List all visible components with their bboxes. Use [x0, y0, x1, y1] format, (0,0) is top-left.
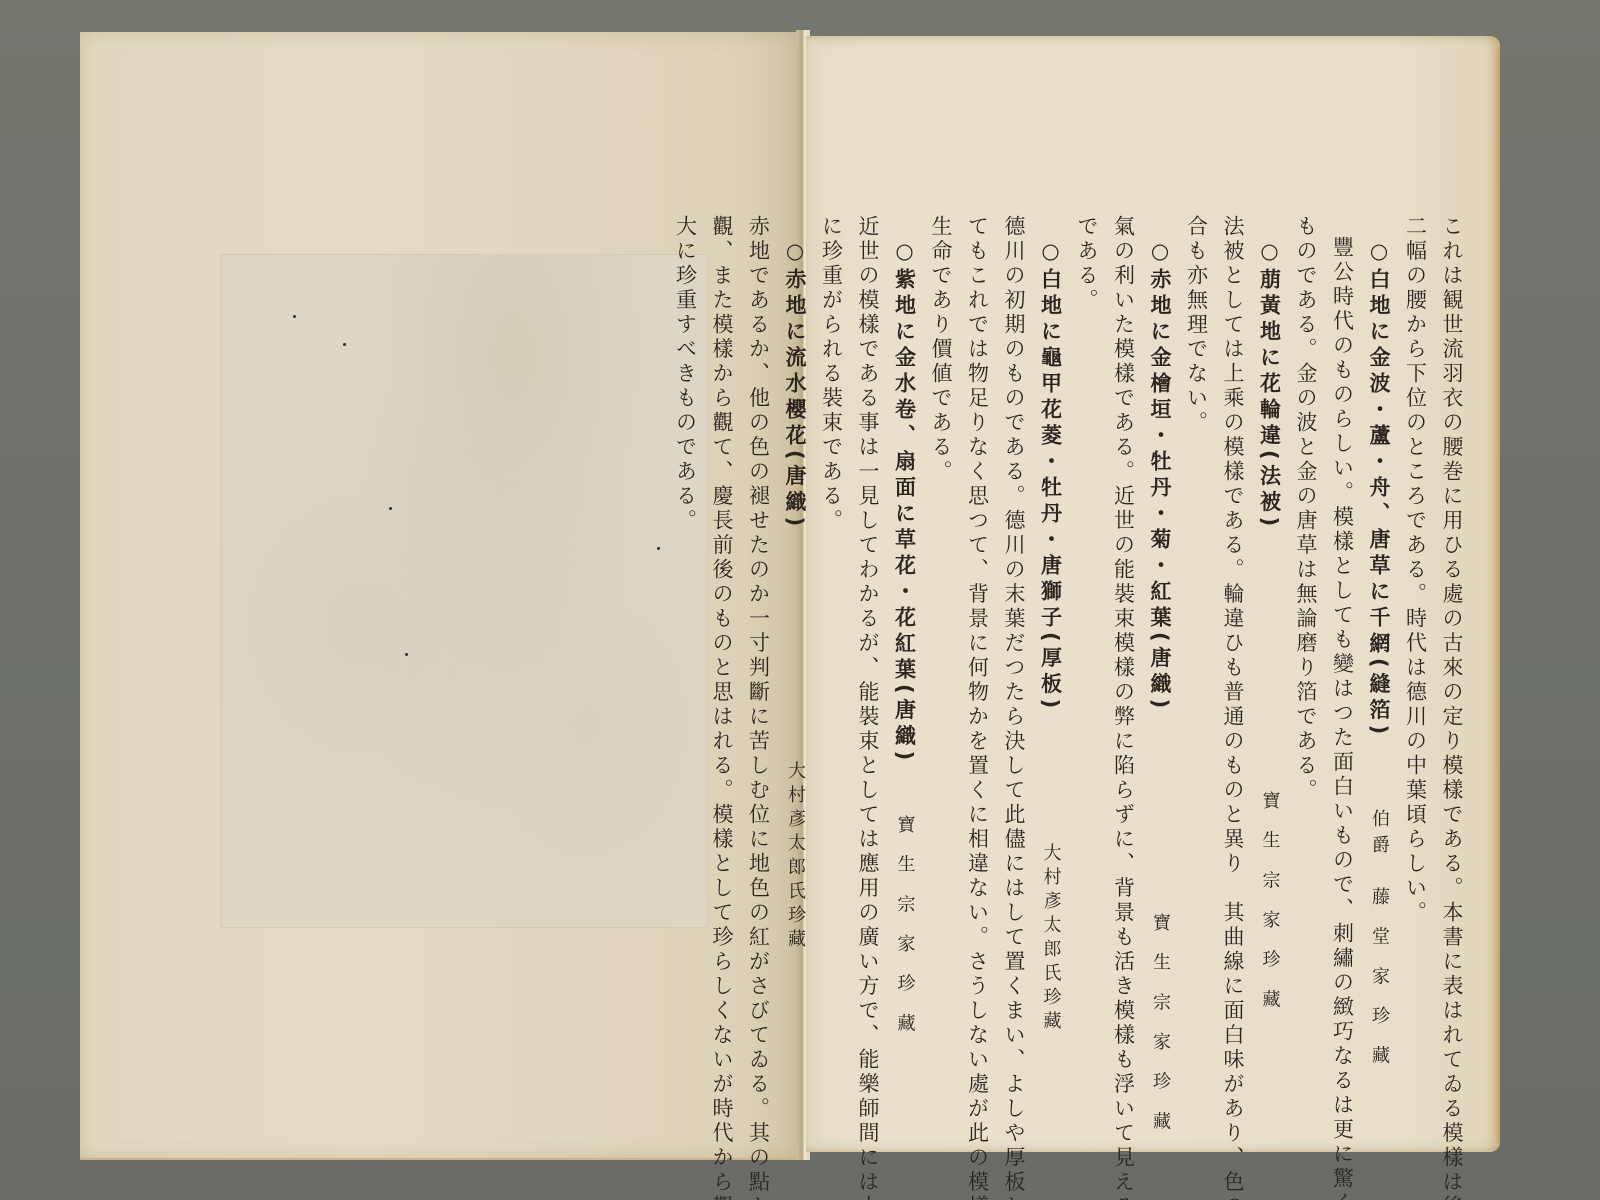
text-column: 氣の利いた模樣である。近世の能裝束模樣の弊に陷らずに、背景も活き模樣も浮いて見え… — [1105, 215, 1142, 1005]
section-heading: ○萠黃地に花輪違(法被)寶 生 宗 家 珍 藏 — [1251, 215, 1288, 1005]
page-edge — [1494, 46, 1500, 1146]
text-column: 大に珍重すべきものである。 — [667, 215, 704, 1005]
text-column: てもこれでは物足りなく思つて、背景に何物かを置くに相違ない。さうしない處が此の模… — [959, 215, 996, 1005]
text-column: 生命であり價値である。 — [923, 215, 960, 1005]
text-column: 德川の初期のものである。德川の末葉だつたら決して此儘にはして置くまい、よしや厚板… — [996, 215, 1033, 1005]
collection-attribution: 寶 生 宗 家 珍 藏 — [1142, 713, 1179, 1138]
section-heading: ○白地に金波・蘆・舟、唐草に千網(縫箔)伯爵 藤 堂 家 珍 藏 — [1361, 215, 1398, 1005]
text-column: 觀、また模樣から觀て、慶長前後のものと思はれる。模樣として珍らしくないが時代から… — [704, 215, 741, 1005]
collection-attribution: 大村彥太郎氏珍藏 — [1032, 713, 1069, 1035]
collection-attribution: 寶 生 宗 家 珍 藏 — [886, 765, 923, 1040]
textile-plate-image — [220, 254, 708, 928]
collection-attribution: 伯爵 藤 堂 家 珍 藏 — [1361, 739, 1398, 1072]
text-column: である。 — [1069, 215, 1106, 1005]
text-column: 合も亦無理でない。 — [1178, 215, 1215, 1005]
vertical-text-body: これは観世流羽衣の腰巻に用ひる處の古來の定り模樣である。本書に表はれてゐる模樣は… — [667, 215, 1470, 1005]
collection-attribution: 大村彥太郎氏珍藏 — [777, 531, 814, 953]
text-column: これは観世流羽衣の腰巻に用ひる處の古來の定り模樣である。本書に表はれてゐる模樣は… — [1434, 215, 1471, 1005]
section-heading: ○白地に龜甲花菱・牡丹・唐獅子(厚板)大村彥太郎氏珍藏 — [1032, 215, 1069, 1005]
text-column: 二幅の腰から下位のところである。時代は德川の中葉頃らしい。 — [1397, 215, 1434, 1005]
section-heading: ○赤地に金檜垣・牡丹・菊・紅葉(唐織)寶 生 宗 家 珍 藏 — [1142, 215, 1179, 1005]
collection-attribution: 寶 生 宗 家 珍 藏 — [1251, 531, 1288, 1016]
text-column: 法被としては上乘の模樣である。輪違ひも普通のものと異り 其曲線に面白味があり、色… — [1215, 215, 1252, 1005]
plate-caption-english — [230, 942, 490, 982]
text-column: ものである。金の波と金の唐草は無論磨り箔である。 — [1288, 215, 1325, 1005]
section-heading: ○赤地に流水櫻花(唐織)大村彥太郎氏珍藏 — [777, 215, 814, 1005]
text-column: 近世の模樣である事は一見してわかるが、能裝束としては應用の廣い方で、能樂師間には… — [850, 215, 887, 1005]
text-column: 赤地であるか、他の色の褪せたのか一寸判斷に苦しむ位に地色の紅がさびてゐる。其の點… — [740, 215, 777, 1005]
section-heading: ○紫地に金水卷、扇面に草花・花紅葉(唐織)寶 生 宗 家 珍 藏 — [886, 215, 923, 1005]
text-column: に珍重がられる裝束である。 — [813, 215, 850, 1005]
text-column: 豐公時代のものらしい。模樣としても變はつた面白いもので、刺繡の緻巧なるは更に驚く… — [1324, 215, 1361, 1005]
